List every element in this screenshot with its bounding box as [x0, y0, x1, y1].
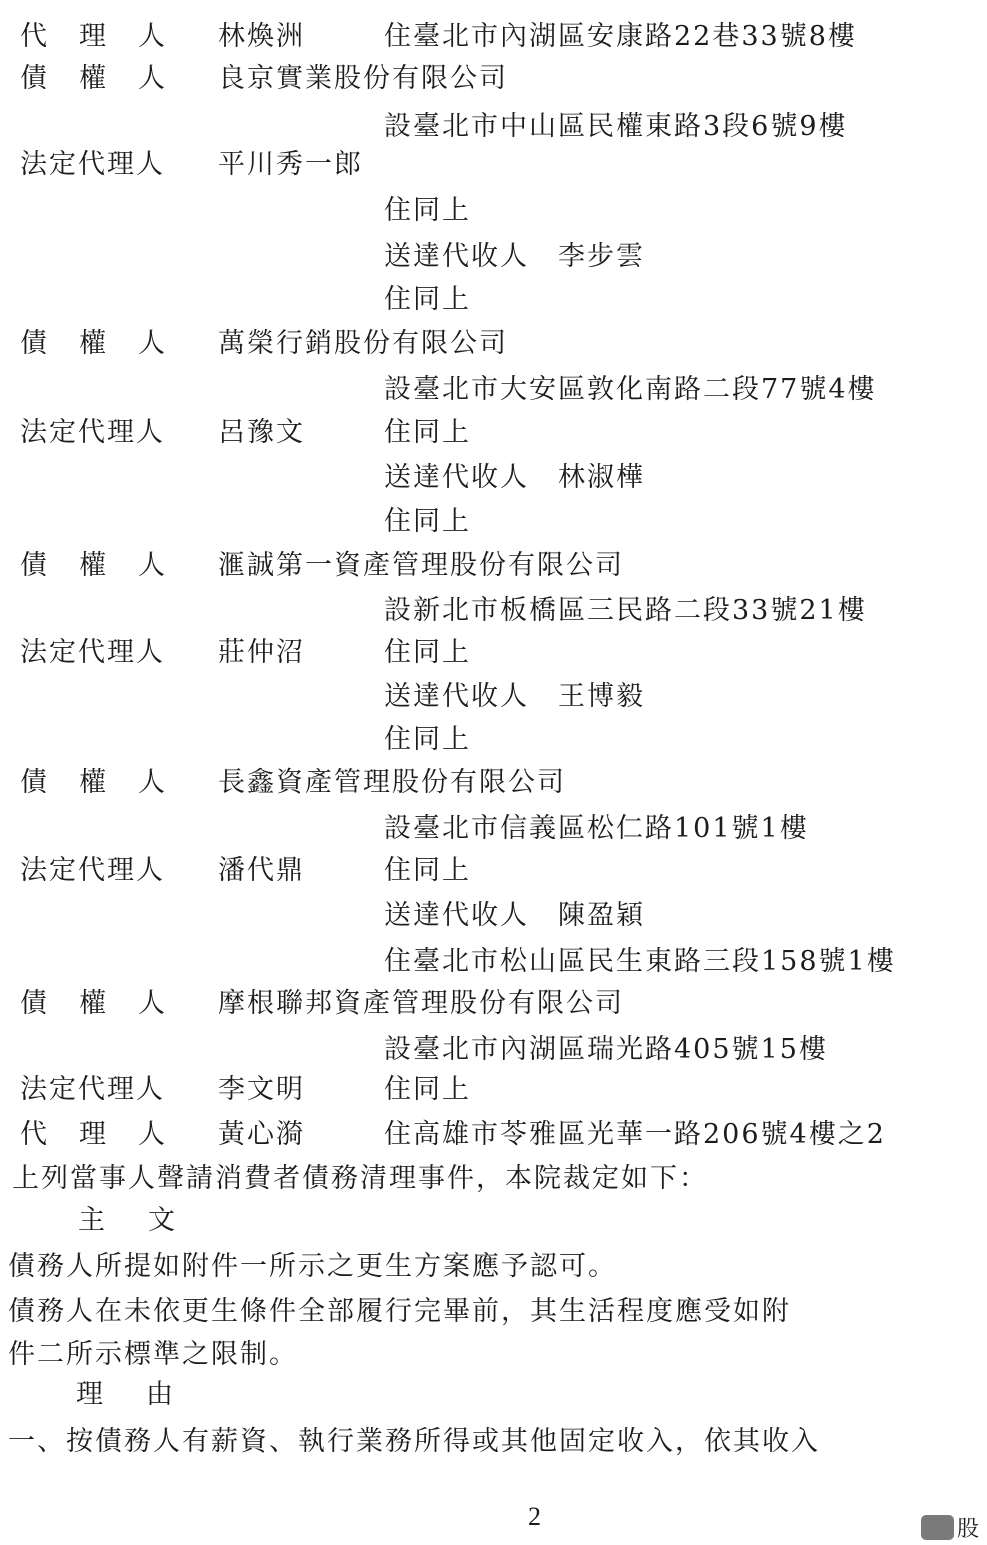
party-address: 住臺北市內湖區安康路22巷33號8樓 [384, 20, 857, 54]
party-role: 法定代理人 [20, 854, 165, 888]
party-address: 住臺北市松山區民生東路三段158號1樓 [384, 945, 896, 979]
party-role: 債權人 [20, 987, 197, 1021]
main-ruling-2a: 債務人在未依更生條件全部履行完畢前，其生活程度應受如附 [8, 1295, 791, 1329]
party-address: 送達代收人 王博毅 [384, 680, 645, 714]
main-ruling-1: 債務人所提如附件一所示之更生方案應予認可。 [8, 1250, 617, 1284]
stamp-box [921, 1515, 954, 1540]
party-role: 法定代理人 [20, 148, 165, 182]
party-role: 代理人 [20, 20, 197, 54]
party-role: 債權人 [20, 766, 197, 800]
party-address: 住同上 [384, 636, 471, 670]
party-name: 良京實業股份有限公司 [218, 62, 508, 96]
heading-main: 主 文 [78, 1204, 183, 1238]
party-name: 林煥洲 [218, 20, 305, 54]
party-address: 住同上 [384, 854, 471, 888]
party-role: 法定代理人 [20, 636, 165, 670]
party-role: 法定代理人 [20, 1073, 165, 1107]
party-name: 黃心漪 [218, 1118, 305, 1152]
party-name: 摩根聯邦資產管理股份有限公司 [218, 987, 624, 1021]
stamp-label: 股 [957, 1512, 979, 1543]
party-address: 住同上 [384, 416, 471, 450]
party-address: 住高雄市苓雅區光華一路206號4樓之2 [384, 1118, 886, 1152]
party-address: 設新北市板橋區三民路二段33號21樓 [384, 594, 867, 628]
party-role: 債權人 [20, 549, 197, 583]
party-address: 住同上 [384, 723, 471, 757]
party-role: 法定代理人 [20, 416, 165, 450]
reason-paragraph-1: 一、按債務人有薪資、執行業務所得或其他固定收入，依其收入 [8, 1425, 820, 1459]
party-name: 萬榮行銷股份有限公司 [218, 327, 508, 361]
party-name: 李文明 [218, 1073, 305, 1107]
party-address: 設臺北市內湖區瑞光路405號15樓 [384, 1033, 828, 1067]
party-address: 送達代收人 李步雲 [384, 240, 645, 274]
party-address: 設臺北市中山區民權東路3段6號9樓 [384, 110, 848, 144]
intro-text: 上列當事人聲請消費者債務清理事件，本院裁定如下： [12, 1162, 708, 1196]
party-name: 莊仲沼 [218, 636, 305, 670]
party-role: 代理人 [20, 1118, 197, 1152]
heading-reason: 理 由 [76, 1378, 181, 1412]
party-name: 呂豫文 [218, 416, 305, 450]
page-number: 2 [528, 1502, 541, 1532]
party-role: 債權人 [20, 62, 197, 96]
party-address: 住同上 [384, 283, 471, 317]
party-address: 送達代收人 林淑樺 [384, 461, 645, 495]
party-name: 滙誠第一資產管理股份有限公司 [218, 549, 624, 583]
party-address: 設臺北市大安區敦化南路二段77號4樓 [384, 373, 877, 407]
party-name: 長鑫資產管理股份有限公司 [218, 766, 566, 800]
party-address: 送達代收人 陳盈穎 [384, 899, 645, 933]
party-name: 潘代鼎 [218, 854, 305, 888]
party-address: 住同上 [384, 194, 471, 228]
party-address: 設臺北市信義區松仁路101號1樓 [384, 812, 809, 846]
main-ruling-2b: 件二所示標準之限制。 [8, 1338, 298, 1372]
party-address: 住同上 [384, 1073, 471, 1107]
party-role: 債權人 [20, 327, 197, 361]
party-address: 住同上 [384, 505, 471, 539]
party-name: 平川秀一郎 [218, 148, 363, 182]
